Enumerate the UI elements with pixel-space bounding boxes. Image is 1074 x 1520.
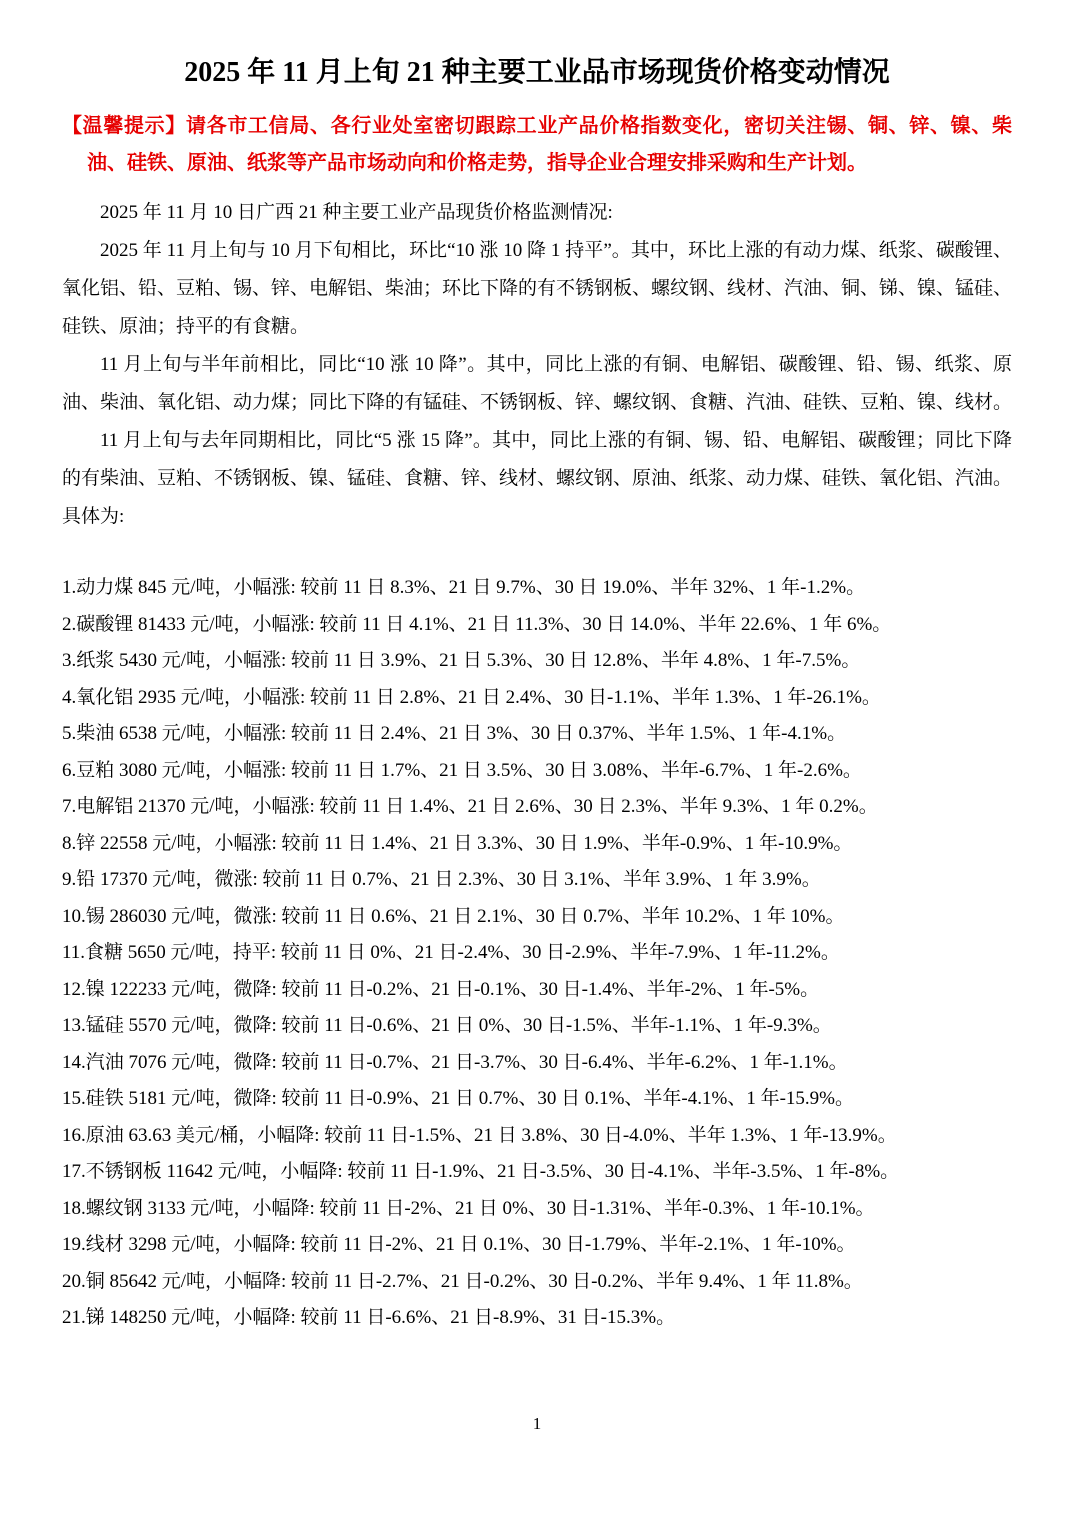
document-page: 2025 年 11 月上旬 21 种主要工业品市场现货价格变动情况 【温馨提示】… (0, 0, 1074, 1520)
price-item-list: 1.动力煤 845 元/吨，小幅涨: 较前 11 日 8.3%、21 日 9.7… (62, 570, 1012, 1337)
price-list-item: 18.螺纹钢 3133 元/吨，小幅降: 较前 11 日-2%、21 日 0%、… (62, 1191, 1012, 1228)
year-on-year-paragraph: 11 月上旬与去年同期相比，同比“5 涨 15 降”。其中，同比上涨的有铜、锡、… (62, 422, 1012, 536)
half-year-comparison-paragraph: 11 月上旬与半年前相比，同比“10 涨 10 降”。其中，同比上涨的有铜、电解… (62, 346, 1012, 422)
price-list-item: 12.镍 122233 元/吨，微降: 较前 11 日-0.2%、21 日-0.… (62, 972, 1012, 1009)
price-list-item: 13.锰硅 5570 元/吨，微降: 较前 11 日-0.6%、21 日 0%、… (62, 1008, 1012, 1045)
price-list-item: 2.碳酸锂 81433 元/吨，小幅涨: 较前 11 日 4.1%、21 日 1… (62, 607, 1012, 644)
price-list-item: 20.铜 85642 元/吨，小幅降: 较前 11 日-2.7%、21 日-0.… (62, 1264, 1012, 1301)
price-list-item: 16.原油 63.63 美元/桶，小幅降: 较前 11 日-1.5%、21 日 … (62, 1118, 1012, 1155)
page-title: 2025 年 11 月上旬 21 种主要工业品市场现货价格变动情况 (62, 54, 1012, 92)
price-list-item: 15.硅铁 5181 元/吨，微降: 较前 11 日-0.9%、21 日 0.7… (62, 1081, 1012, 1118)
price-list-item: 14.汽油 7076 元/吨，微降: 较前 11 日-0.7%、21 日-3.7… (62, 1045, 1012, 1082)
price-list-item: 5.柴油 6538 元/吨，小幅涨: 较前 11 日 2.4%、21 日 3%、… (62, 716, 1012, 753)
price-list-item: 8.锌 22558 元/吨，小幅涨: 较前 11 日 1.4%、21 日 3.3… (62, 826, 1012, 863)
price-list-item: 7.电解铝 21370 元/吨，小幅涨: 较前 11 日 1.4%、21 日 2… (62, 789, 1012, 826)
price-list-item: 3.纸浆 5430 元/吨，小幅涨: 较前 11 日 3.9%、21 日 5.3… (62, 643, 1012, 680)
notice-paragraph: 【温馨提示】请各市工信局、各行业处室密切跟踪工业产品价格指数变化，密切关注锡、铜… (62, 108, 1012, 182)
price-list-item: 11.食糖 5650 元/吨，持平: 较前 11 日 0%、21 日-2.4%、… (62, 935, 1012, 972)
price-list-item: 19.线材 3298 元/吨，小幅降: 较前 11 日-2%、21 日 0.1%… (62, 1227, 1012, 1264)
price-list-item: 17.不锈钢板 11642 元/吨，小幅降: 较前 11 日-1.9%、21 日… (62, 1154, 1012, 1191)
price-list-item: 4.氧化铝 2935 元/吨，小幅涨: 较前 11 日 2.8%、21 日 2.… (62, 680, 1012, 717)
price-list-item: 9.铅 17370 元/吨，微涨: 较前 11 日 0.7%、21 日 2.3%… (62, 862, 1012, 899)
price-list-item: 21.锑 148250 元/吨，小幅降: 较前 11 日-6.6%、21 日-8… (62, 1300, 1012, 1337)
price-list-item: 6.豆粕 3080 元/吨，小幅涨: 较前 11 日 1.7%、21 日 3.5… (62, 753, 1012, 790)
intro-paragraph: 2025 年 11 月 10 日广西 21 种主要工业产品现货价格监测情况: (62, 194, 1012, 232)
price-list-item: 1.动力煤 845 元/吨，小幅涨: 较前 11 日 8.3%、21 日 9.7… (62, 570, 1012, 607)
month-on-month-paragraph: 2025 年 11 月上旬与 10 月下旬相比，环比“10 涨 10 降 1 持… (62, 232, 1012, 346)
page-number: 1 (0, 1414, 1074, 1434)
price-list-item: 10.锡 286030 元/吨，微涨: 较前 11 日 0.6%、21 日 2.… (62, 899, 1012, 936)
